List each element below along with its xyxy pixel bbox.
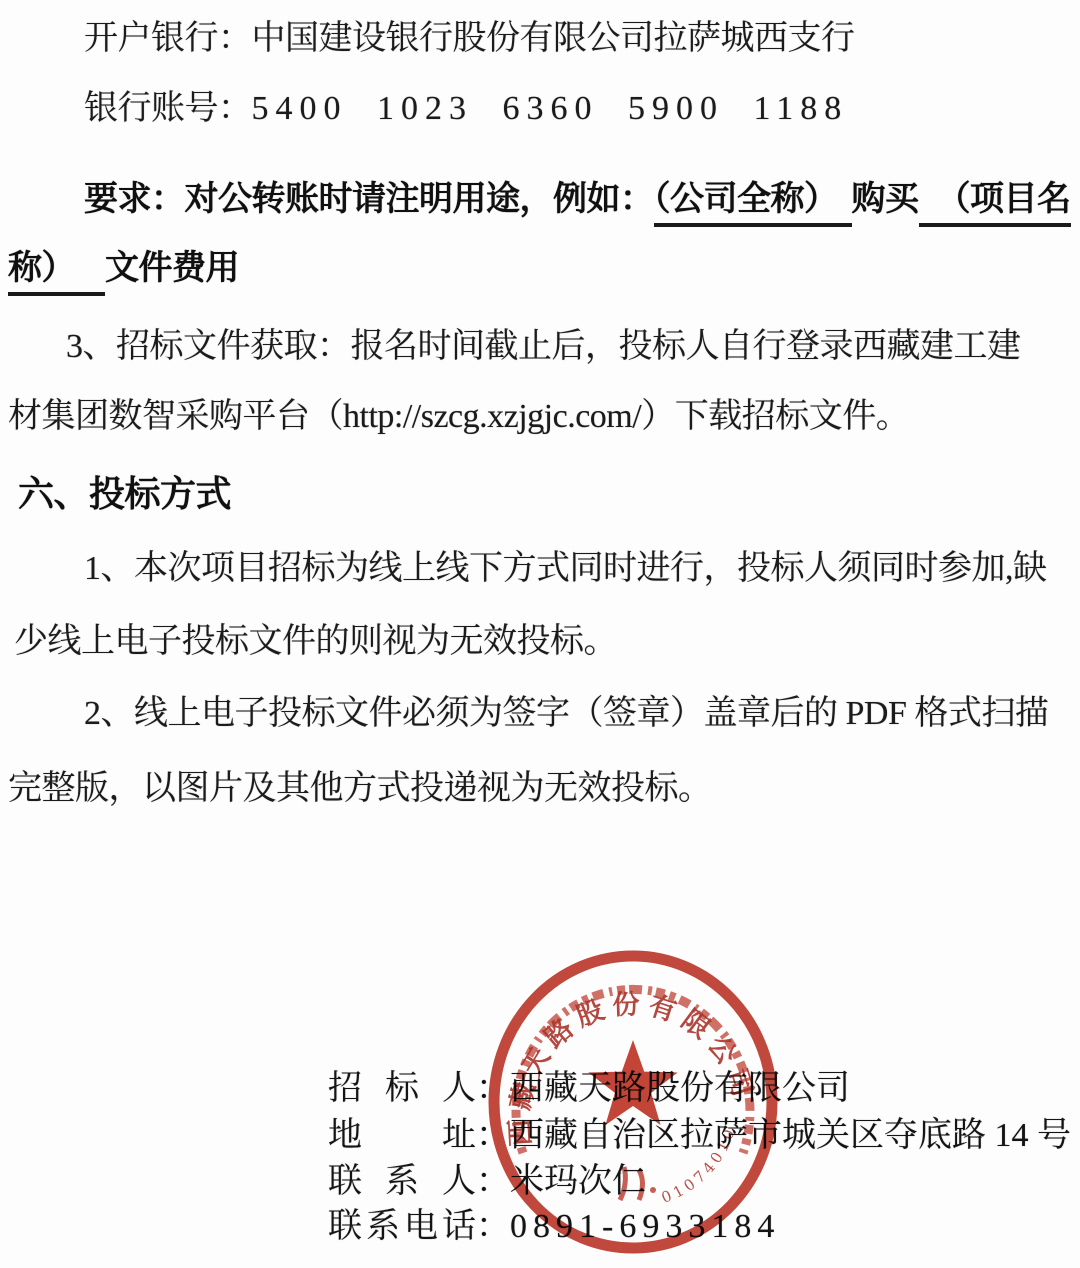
requirement2-underlined: 称） [8, 250, 105, 296]
item2-line2: 完整版，以图片及其他方式投递视为无效投标。 [8, 767, 712, 811]
requirement-mid: 购买 [852, 181, 919, 218]
contact-person-value: 米玛次仁 [510, 1163, 646, 1200]
tenderer-value: 西藏天路股份有限公司 [510, 1070, 850, 1107]
tenderer-colon: ： [476, 1067, 510, 1111]
bank-account-line: 银行账号：5400 1023 6360 5900 1188 [84, 87, 848, 131]
contact-person-row: 联系人：米玛次仁 [328, 1160, 646, 1204]
scanned-document-page: 开户银行：中国建设银行股份有限公司拉萨城西支行 银行账号：5400 1023 6… [0, 0, 1080, 1268]
item3-line2: 材集团数智采购平台（http://szcg.xzjgjc.com/）下载招标文件… [8, 395, 909, 439]
item1-line1: 1、本次项目招标为线上线下方式同时进行，投标人须同时参加,缺 [84, 547, 1047, 591]
bank-account-label: 银行账号： [84, 90, 252, 127]
phone-value: 0891-6933184 [510, 1208, 780, 1245]
bank-account-number: 5400 1023 6360 5900 1188 [252, 90, 849, 127]
address-row: 地址：西藏自治区拉萨市城关区夺底路 14 号 [328, 1114, 1071, 1158]
address-value: 西藏自治区拉萨市城关区夺底路 14 号 [510, 1117, 1071, 1154]
requirement-underlined-project: （项目名 [919, 181, 1071, 227]
address-colon: ： [476, 1114, 510, 1158]
item3-line1: 3、招标文件获取：报名时间截止后，投标人自行登录西藏建工建 [66, 325, 1021, 369]
item1-line2: 少线上电子投标文件的则视为无效投标。 [14, 620, 617, 664]
transfer-requirement-line2: 称）文件费用 [8, 247, 239, 291]
contact-person-colon: ： [476, 1160, 510, 1204]
phone-colon: ： [476, 1205, 510, 1249]
bank-name-line: 开户银行：中国建设银行股份有限公司拉萨城西支行 [84, 17, 855, 61]
item2-line1: 2、线上电子投标文件必须为签字（签章）盖章后的 PDF 格式扫描 [84, 692, 1048, 736]
requirement-underlined-company: （公司全称） [654, 181, 852, 227]
requirement-prefix: 要求：对公转账时请注明用途，例如： [84, 181, 654, 218]
section-heading-bidding-method: 六、投标方式 [18, 472, 231, 516]
transfer-requirement-line: 要求：对公转账时请注明用途，例如：（公司全称）购买（项目名 [84, 178, 1071, 222]
phone-label: 联系电话 [328, 1205, 476, 1249]
requirement2-rest: 文件费用 [105, 250, 239, 287]
phone-row: 联系电话：0891-6933184 [328, 1205, 780, 1249]
tenderer-row: 招标人：西藏天路股份有限公司 [328, 1067, 850, 1111]
tenderer-label: 招标人 [328, 1067, 476, 1111]
contact-person-label: 联系人 [328, 1160, 476, 1204]
address-label: 地址 [328, 1114, 476, 1158]
